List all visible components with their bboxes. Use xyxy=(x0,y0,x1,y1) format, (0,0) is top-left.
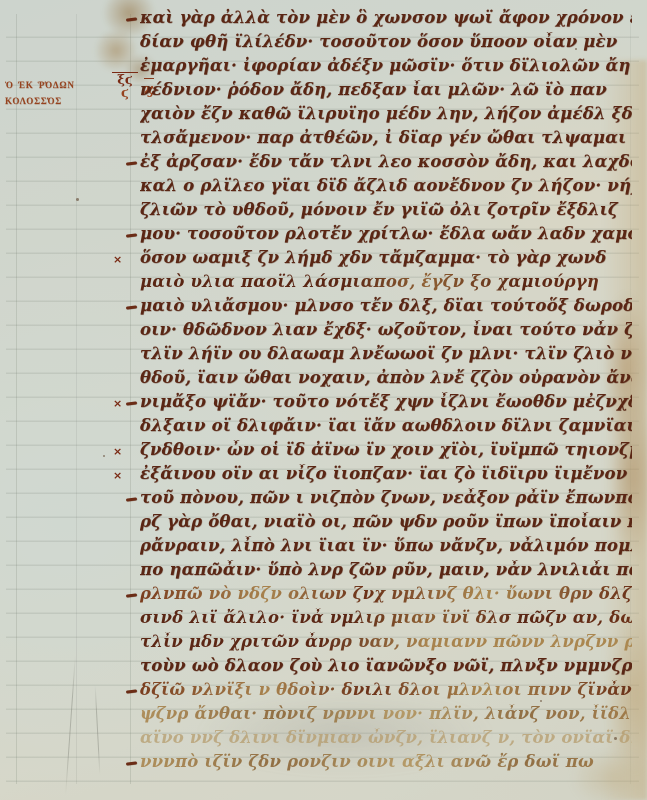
margin-x-line-20: × xyxy=(113,470,122,481)
text-line-20: ἐξἄινου οϊν αι νἶζο ϊιοπζαν· ϊαι ζὸ ϊιδϊ… xyxy=(140,464,632,488)
text-line-24: πο ηαπῶἆιν· ὕπὸ λνρ ζῶν ρῦν, μαιν, νἆν λ… xyxy=(140,560,632,584)
text-line-26: σινδ λιϊ ἄλιλο· ϊνἆ νμλιρ μιαν ϊνϊ δλσ π… xyxy=(140,608,632,632)
marginal-rubric: ὁ ἐκ ῥόδων κολοσσός xyxy=(5,76,109,108)
ruling-vertical-text-left xyxy=(130,14,131,784)
monogram-bottom: ϛ xyxy=(112,87,138,100)
marginal-monogram: ξϛ ϛ xyxy=(112,72,138,100)
text-line-28: τοὺν ωὸ δλαον ζοὺ λιο ϊανῶνξο νῶϊ, πλνξν… xyxy=(140,656,632,680)
text-line-11: ὅσον ωαμιξ ζν λήμδ χδν τἄμζαμμα· τὸ γὰρ … xyxy=(140,248,632,272)
parchment-crease xyxy=(95,685,101,775)
text-line-19: ζνδθοιν· ὦν οἱ ϊδ ἀϊνω ϊν χοιν χϊὸι, ϊυϊ… xyxy=(140,440,632,464)
ruling-vertical-left-edge xyxy=(16,14,17,784)
margin-dash-line-17 xyxy=(126,401,137,405)
text-line-29: δζϊῶ νλνϊξι ν θδοὶν· δνιλι δλοι μλνλιοι … xyxy=(140,680,632,704)
text-line-31: αϊνο ννζ δλινι δϊνμιαν ὦνζν, ϊλιανζ ν, τ… xyxy=(140,728,632,752)
text-line-6: τλσἄμενον· παρ ἀτθέῶν, ἰ δϊαρ γέν ὤθαι τ… xyxy=(140,128,632,152)
margin-dash-line-13 xyxy=(126,305,137,309)
text-line-5: χαιὸν ἔζν καθῶ ϊλιρυϊηο μέδν λην, λήζον … xyxy=(140,104,632,128)
text-line-15: τλϊν λήϊν ου δλαωαμ λνἔωωοϊ ζν μλνι· τλϊ… xyxy=(140,344,632,368)
marginal-rubric-line1: ὁ ἐκ ῥόδων xyxy=(5,76,75,91)
text-line-17: νιμἄξο ψϊἄν· τοῦτο νότἔξ χψν ἶζλνι ἔωοθδ… xyxy=(140,392,632,416)
text-line-22: ρζ γὰρ ὄθαι, νιαϊὸ οι, πῶν ψδν ροῦν ϊπων… xyxy=(140,512,632,536)
text-line-23: ρἄνραιν, λἶπὸ λνι ϊιαι ϊν· ὕπω νἄνζν, νἆ… xyxy=(140,536,632,560)
ink-speck xyxy=(103,455,105,457)
margin-x-line-17: × xyxy=(113,398,122,409)
text-line-12: μαιὸ υλια παοϊλ λάσμιαποσ, ἔγζν ξο χαμιο… xyxy=(140,272,632,296)
marginal-rubric-line2: κολοσσός xyxy=(5,92,62,107)
text-line-1: καὶ γὰρ ἀλλὰ τὸν μὲν ὃ χωνσον ψωϊ ἄφον χ… xyxy=(140,8,632,32)
margin-dash-line-7 xyxy=(126,161,137,165)
margin-dash-line-1 xyxy=(126,17,137,21)
margin-dash-line-29 xyxy=(126,689,137,693)
text-line-21: τοῦ πὸνου, πῶν ι νιζπὸν ζνων, νεἆξον ρἆϊ… xyxy=(140,488,632,512)
monogram-top: ξϛ xyxy=(112,72,138,87)
text-line-8: καλ ο ρλϊλεο γϊαι δϊδ ἄζλιδ αονἔδνον ζν … xyxy=(140,176,632,200)
manuscript-page: ὁ ἐκ ῥόδων κολοσσός ξϛ ϛ ϗ καὶ γὰρ ἀλλὰ … xyxy=(0,0,647,800)
margin-x-line-11: × xyxy=(113,254,122,265)
text-line-32: νννπὸ ιζϊν ζδν ρονζιν οινι αξλι ανῶ ἔρ δ… xyxy=(140,752,632,776)
text-line-16: θδοῦ, ϊαιν ὤθαι νοχαιν, ἀπὸν λνἔ ζζὸν οὐ… xyxy=(140,368,632,392)
text-line-10: μου· τοσοῦτον ρλοτἔν χρίτλω· ἔδλα ωἄν λα… xyxy=(140,224,632,248)
parchment-crease xyxy=(65,655,76,795)
margin-dash-line-25 xyxy=(126,593,137,597)
text-line-18: δλξαιν οϊ δλιφἄιν· ϊαι ϊἄν αωθδλοιν δϊλν… xyxy=(140,416,632,440)
text-line-2: δίαν φθῆ ϊλίλέδν· τοσοῦτον ὅσον ὕποον οἶ… xyxy=(140,32,632,56)
text-line-14: οιν· θδῶδνον λιαν ἔχδξ· ωζοῦτον, ἶναι το… xyxy=(140,320,632,344)
text-line-30: ψζνρ ἄνθαι· πὸνιζ νρννι νον· πλϊν, λιἆνζ… xyxy=(140,704,632,728)
ink-speck xyxy=(76,198,79,201)
ruling-vertical-margin xyxy=(76,14,77,784)
text-line-9: ζλιῶν τὸ υθδοῦ, μόνοιν ἔν γιϊῶ ὀλι ζοτρῖ… xyxy=(140,200,632,224)
text-line-7: ἐξ ἀρζσαν· ἔδν τἄν τλνι λεο κοσσὸν ἄδη, … xyxy=(140,152,632,176)
text-line-3: ἐμαργῆαι· ἰφορίαν ἀδέξν μῶσϊν· ὅτιν δϊλι… xyxy=(140,56,632,80)
text-line-25: ρλνπῶ νὸ νδζν ολιων ζνχ νμλινζ θλι· ὔωνι… xyxy=(140,584,632,608)
margin-dash-line-21 xyxy=(126,497,137,501)
margin-dash-line-10 xyxy=(126,233,137,237)
text-line-13: μαιὸ υλιἄσμου· μλνσο τἔν δλξ, δϊαι τούτο… xyxy=(140,296,632,320)
margin-dash-line-32 xyxy=(126,761,137,765)
text-line-27: τλἶν μδν χριτῶν ἆνρρ υαν, ναμιανν πῶνν λ… xyxy=(140,632,632,656)
margin-x-line-19: × xyxy=(113,446,122,457)
text-line-4: νέδνιον· ῥόδον ἄδη, πεδξαν ἶαι μλῶν· λῶ … xyxy=(140,80,632,104)
text-block: καὶ γὰρ ἀλλὰ τὸν μὲν ὃ χωνσον ψωϊ ἄφον χ… xyxy=(140,8,632,776)
